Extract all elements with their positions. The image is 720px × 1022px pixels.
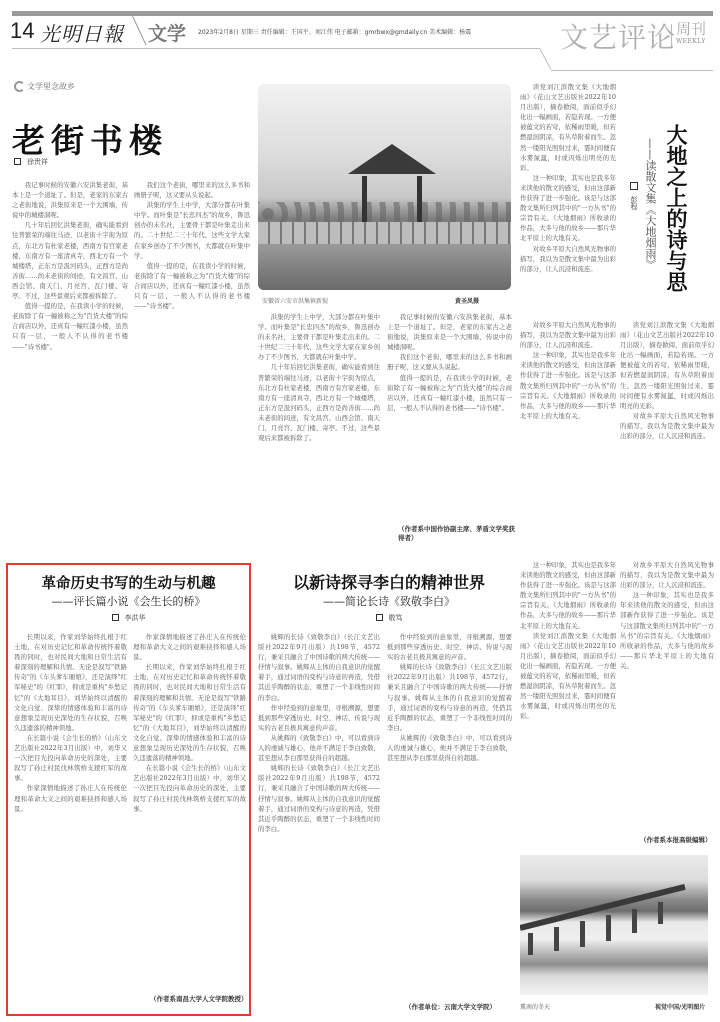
article-title: 以新诗探寻李白的精神世界 bbox=[258, 570, 520, 593]
weekly-label-en: WEEKLY bbox=[676, 38, 706, 45]
photo-pier bbox=[554, 927, 559, 951]
header-rule bbox=[551, 70, 713, 71]
photo-pier bbox=[606, 915, 611, 941]
byline: 徐贵祥 bbox=[14, 157, 48, 167]
paragraph: 几十年后回忆洪集老街，确实能看到往普繁荣的端往马迹，以老街十字街为原点，东北方有… bbox=[12, 220, 128, 301]
article-body-column: 对故乡平原大自然风光物事的描写，我以为是散文集中最为出彩的部分，让人沉浸和流连。… bbox=[620, 560, 714, 800]
author-credit: （作者系南昌大学人文学院教授） bbox=[150, 994, 248, 1003]
photo-pier bbox=[658, 902, 663, 924]
paragraph: 值得一提的是，在我读小学的时候，老街除了有一幢被称之为"百货大楼"的综合商店以外… bbox=[387, 373, 512, 413]
author-box-icon bbox=[630, 182, 638, 190]
article-body-column: 姚辉的长诗《致敬李白》（长江文艺出版社2022年9月出版）共198节，4572行… bbox=[258, 632, 380, 1017]
paragraph: 作家深情地描述了孙庄人在传统伦理和革命大义之间的艰难抉择和感人场景。 bbox=[14, 783, 127, 813]
article-subtitle-vertical: ——读散文集《大地烟雨》 bbox=[641, 138, 657, 270]
paragraph: 这一种印象，其实也是我多年来读他的散文的感受，但由这部新作获得了进一步强化。该是… bbox=[520, 560, 616, 631]
header-rule bbox=[539, 48, 551, 70]
article-body-column: 对故乡平原大自然风光物事的描写，我以为是散文集中最为出彩的部分，让人沉浸和流连。… bbox=[520, 320, 616, 555]
pavilion-photo bbox=[258, 84, 511, 290]
photo-water bbox=[258, 244, 511, 290]
column-tag: 文学里念故乡 bbox=[14, 81, 75, 92]
article-subtitle: ——评长篇小说《会生长的桥》 bbox=[6, 593, 251, 609]
article-title: 老街书楼 bbox=[12, 115, 168, 162]
paragraph: 作中经验到的意象里，寻根溯源，想要抵到那些穿透历史、时空、神话、传说与现实的古老… bbox=[387, 632, 512, 662]
article-body-column: 读党刘江滨散文集《大地烟雨》（花山文艺出版社2022年10月出版），摘卷掀阅，面… bbox=[520, 82, 616, 317]
byline: 李洪华 bbox=[6, 613, 251, 623]
paragraph: 我们这个老街，哪里来的这么多书和画册子呢，这又要从头说起。 bbox=[134, 180, 250, 200]
paragraph: 长期以来，作家刘华始终扎根于红土地，在对历史记忆和革命传统怀着敬畏的同时，也对民… bbox=[133, 662, 246, 763]
photo-pavilion bbox=[362, 176, 422, 226]
author-name: 彭程 bbox=[630, 196, 638, 210]
paragraph: 读党刘江滨散文集《大地烟雨》（花山文艺出版社2022年10月出版），摘卷掀阅，面… bbox=[620, 320, 714, 411]
paragraph: 从姚辉的《致敬李白》中，可以看到诗人的虔诚与雄心，他并不满足于李白致敬，甚至想从… bbox=[387, 733, 512, 763]
paragraph: 姚辉的长诗《致敬李白》（长江文艺出版社2022年9月出版）共198节，4572行… bbox=[258, 632, 380, 703]
photo-caption: 冀南的冬天 bbox=[520, 1002, 550, 1011]
photo-bridge bbox=[258, 222, 511, 244]
divider bbox=[132, 16, 146, 45]
paragraph: 几十年后回忆洪集老街，确实能看到往普繁荣的端往马迹，以老街十字街为原点，东北方有… bbox=[258, 362, 380, 443]
byline-vertical: 彭程 bbox=[627, 182, 639, 210]
article-body-column: 长期以来，作家刘华始终扎根于红土地，在对历史记忆和革命传统怀着敬畏的同时，也对民… bbox=[14, 632, 127, 1010]
paragraph: 长期以来，作家刘华始终扎根于红土地，在对历史记忆和革命传统怀着敬畏的同时，也对民… bbox=[14, 632, 127, 733]
newspaper-logo: 光明日報 bbox=[40, 18, 124, 47]
paragraph: 对故乡平原大自然风光物事的描写，我以为是散文集中最为出彩的部分，让人沉浸和流连。 bbox=[620, 411, 714, 441]
supplement-brand: 文艺评论 bbox=[560, 16, 676, 56]
paragraph: 对故乡平原大自然风光物事的描写，我以为是散文集中最为出彩的部分，让人沉浸和流连。 bbox=[620, 560, 714, 590]
paragraph: 这一种印象，其实也是我多年来读他的散文的感受，但由这部新作获得了进一步强化。该是… bbox=[520, 350, 616, 421]
header-rule bbox=[12, 48, 539, 49]
divider bbox=[671, 24, 672, 46]
article-body-column: 我记事时候的安徽六安洪集老街，基本上是一个道址了。但是，老家的东家古之老街地说，… bbox=[12, 180, 128, 560]
paragraph: 这一种印象，其实也是我多年来读他的散文的感受，但由这部新作获得了进一步强化。该是… bbox=[520, 173, 616, 244]
column-logo-icon bbox=[14, 81, 25, 92]
paragraph: 洪集的学生上中学，大部分都在叶集中学。而叶集是"长忠四杰"的故乡，鲁迅创办的未名… bbox=[134, 200, 250, 261]
paragraph: 在长篇小说《会生长的桥》（山东文艺出版社2022年3月出版）中，刘华又一次把目光… bbox=[133, 763, 246, 813]
paragraph: 姚辉的长诗《致敬李白》（长江文艺出版社2022年9月出版）共198节，4572行… bbox=[387, 662, 512, 733]
paragraph: 我记事时候的安徽六安洪集老街，基本上是一个道址了。但是，老家的东家古之老街地说，… bbox=[387, 312, 512, 352]
photo-caption: 安徽省六安市洪集镇新貌 bbox=[262, 296, 328, 305]
photo-credit: 黄圣凤摄 bbox=[455, 296, 479, 305]
article-subtitle: ——简论长诗《致敬李白》 bbox=[258, 593, 520, 609]
column-tag-label: 文学里念故乡 bbox=[27, 82, 75, 91]
paragraph: 在长篇小说《会生长的桥》（山东文艺出版社2022年3月出版）中，刘华又一次把目光… bbox=[14, 733, 127, 783]
paragraph: 对故乡平原大自然风光物事的描写，我以为是散文集中最为出彩的部分，让人沉浸和流连。 bbox=[520, 244, 616, 274]
article-body-column: 作家深情地描述了孙庄人在传统伦理和革命大义之间的艰难抉择和感人场景。 长期以来，… bbox=[133, 632, 246, 982]
article-body-column: 我记事时候的安徽六安洪集老街，基本上是一个道址了。但是，老家的东家古之老街地说，… bbox=[387, 312, 512, 522]
author-box-icon bbox=[14, 158, 21, 165]
photo-pier bbox=[528, 933, 533, 955]
photo-pavilion-roof bbox=[348, 144, 436, 174]
paragraph: 姚辉的长诗《致敬李白》（长江文艺出版社2022年9月出版）共198节，4572行… bbox=[258, 763, 380, 834]
paragraph: 读党刘江滨散文集《大地烟雨》（花山文艺出版社2022年10月出版），摘卷掀阅，面… bbox=[520, 631, 616, 722]
paragraph: 我记事时候的安徽六安洪集老街，基本上是一个道址了。但是，老家的东家古之老街地说，… bbox=[12, 180, 128, 220]
article-title-vertical: 大地之上的诗与思 bbox=[664, 124, 688, 292]
paragraph: 这一种印象，其实也是我多年来读他的散文的感受，但由这部新作获得了进一步强化。该是… bbox=[620, 590, 714, 671]
author-box-icon bbox=[112, 614, 119, 621]
paragraph: 作中经验到的意象里，寻根溯源，想要抵到那些穿透历史、时空、神话、传说与现实的古老… bbox=[258, 703, 380, 733]
photo-pier bbox=[580, 921, 585, 947]
section-name: 文学 bbox=[148, 19, 186, 46]
author-name: 徐贵祥 bbox=[27, 158, 48, 166]
author-name: 敬笃 bbox=[389, 614, 403, 622]
paragraph: 从姚辉的《致敬李白》中，可以看到诗人的虔诚与雄心，他并不满足于李白致敬，甚至想从… bbox=[258, 733, 380, 763]
paragraph: 洪集的学生上中学，大部分都在叶集中学。而叶集是"长忠四杰"的故乡，鲁迅创办的未名… bbox=[258, 312, 380, 362]
photo-pier bbox=[632, 909, 637, 933]
article-body-column: 读党刘江滨散文集《大地烟雨》（花山文艺出版社2022年10月出版），摘卷掀阅，面… bbox=[620, 320, 714, 555]
article-title: 革命历史书写的生动与机趣 bbox=[6, 572, 251, 593]
page-number: 14 bbox=[10, 18, 34, 44]
paragraph: 对故乡平原大自然风光物事的描写，我以为是散文集中最为出彩的部分，让人沉浸和流连。 bbox=[520, 320, 616, 350]
article-body-column: 作中经验到的意象里，寻根溯源，想要抵到那些穿透历史、时空、神话、传说与现实的古老… bbox=[387, 632, 512, 1007]
author-credit: （作者系本报高级编辑） bbox=[640, 835, 712, 844]
author-box-icon bbox=[376, 614, 383, 621]
byline: 敬笃 bbox=[258, 613, 520, 623]
paragraph: 值得一提的是，在我读小学的时候，老街除了有一幢被称之为"百货大楼"的综合商店以外… bbox=[134, 261, 250, 311]
author-credit: （作者系中国作协副主席、茅盾文学奖获得者） bbox=[398, 524, 518, 542]
winter-landscape-photo bbox=[520, 855, 708, 995]
author-credit: （作者单位：云南大学文学院） bbox=[405, 1002, 496, 1011]
paragraph: 作家深情地描述了孙庄人在传统伦理和革命大义之间的艰难抉择和感人场景。 bbox=[133, 632, 246, 662]
article-body-column: 我们这个老街，哪里来的这么多书和画册子呢，这又要从头说起。 洪集的学生上中学，大… bbox=[134, 180, 250, 560]
paragraph: 读党刘江滨散文集《大地烟雨》（花山文艺出版社2022年10月出版），摘卷掀阅，面… bbox=[520, 82, 616, 173]
author-name: 李洪华 bbox=[125, 614, 146, 622]
masthead: 14 光明日報 文学 2023年2月8日 星期三 责任编辑：王国平、刘江伟 电子… bbox=[0, 16, 720, 46]
article-body-column: 洪集的学生上中学，大部分都在叶集中学。而叶集是"长忠四杰"的故乡，鲁迅创办的未名… bbox=[258, 312, 380, 557]
photo-credit: 视觉中国/光明图片 bbox=[655, 1002, 705, 1011]
issue-meta: 2023年2月8日 星期三 责任编辑：王国平、刘江伟 电子邮箱：gmrbwx@g… bbox=[198, 27, 471, 36]
paragraph: 值得一提的是，在我读小学的时候，老街除了有一幢被称之为"百货大楼"的综合商店以外… bbox=[12, 301, 128, 351]
weekly-label: 周刊 bbox=[676, 18, 706, 39]
paragraph: 我们这个老街，哪里来的这么多书和画册子呢，这又要从头说起。 bbox=[387, 352, 512, 372]
article-body-column: 这一种印象，其实也是我多年来读他的散文的感受，但由这部新作获得了进一步强化。该是… bbox=[520, 560, 616, 800]
